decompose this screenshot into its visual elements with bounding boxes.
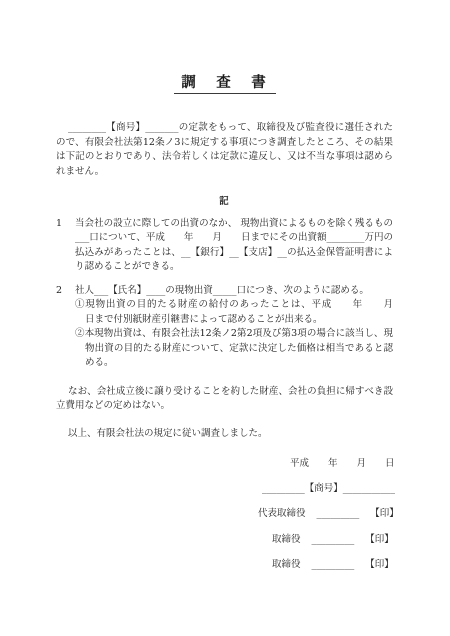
list-item-2: 2 社人___【氏名】____の現物出資_____口につき、次のように認める。 … xyxy=(56,284,393,371)
list-item-2-number: 2 xyxy=(56,284,69,371)
list-item-2-text: 社人___【氏名】____の現物出資_____口につき、次のように認める。 xyxy=(75,285,369,296)
company-name-line: _________【商号】___________ xyxy=(262,482,393,497)
signature-blank: _________ xyxy=(312,558,355,573)
note-paragraph: なお、会社成立後に譲り受けることを約した財産、会社の負担に帰すべき設立費用などの… xyxy=(56,385,393,414)
signature-role: 取締役 xyxy=(272,533,301,548)
closing-paragraph: 以上、有限会社法の規定に従い調査しました。 xyxy=(56,427,393,442)
list-item-2-body: 社人___【氏名】____の現物出資_____口につき、次のように認める。 ①現… xyxy=(75,284,393,371)
ki-heading: 記 xyxy=(56,195,393,210)
list-item-1-number: 1 xyxy=(56,217,69,275)
intro-paragraph: ________【商号】_______の定款をもって、取締役及び監査役に選任され… xyxy=(56,121,393,179)
seal-mark: 【印】 xyxy=(370,507,399,522)
seal-mark: 【印】 xyxy=(365,533,394,548)
document-body: ________【商号】_______の定款をもって、取締役及び監査役に選任され… xyxy=(0,121,450,573)
signature-blank: _________ xyxy=(317,507,360,522)
page-title: 調 査 書 xyxy=(0,0,450,94)
signature-role: 代表取締役 xyxy=(258,507,306,522)
signature-role: 取締役 xyxy=(272,558,301,573)
list-item-2-subitem-1: ①現物出資の目的たる財産の給付のあったことは、平成 年 月 日まで付別紙財産引継… xyxy=(75,298,393,327)
signature-row-director-2: 取締役 _________ 【印】 xyxy=(272,558,393,573)
signature-blank: _________ xyxy=(312,533,355,548)
date-line: 平成 年 月 日 xyxy=(290,457,393,472)
list-item-2-subitem-2: ②本現物出資は、有限会社法12条ノ2第2項及び第3項の場合に該当し、現物出資の目… xyxy=(75,327,393,371)
document-page: 調 査 書 ________【商号】_______の定款をもって、取締役及び監査… xyxy=(0,0,450,636)
page-title-text: 調 査 書 xyxy=(174,74,276,94)
list-item-1-text: 当会社の設立に際しての出資のなか、 現物出資によるものを除く残るもの___口につ… xyxy=(75,217,393,275)
signature-row-director-1: 取締役 _________ 【印】 xyxy=(272,533,393,548)
list-item-1: 1 当会社の設立に際しての出資のなか、 現物出資によるものを除く残るもの___口… xyxy=(56,217,393,275)
signature-row-representative-director: 代表取締役 _________ 【印】 xyxy=(258,507,393,522)
seal-mark: 【印】 xyxy=(365,558,394,573)
